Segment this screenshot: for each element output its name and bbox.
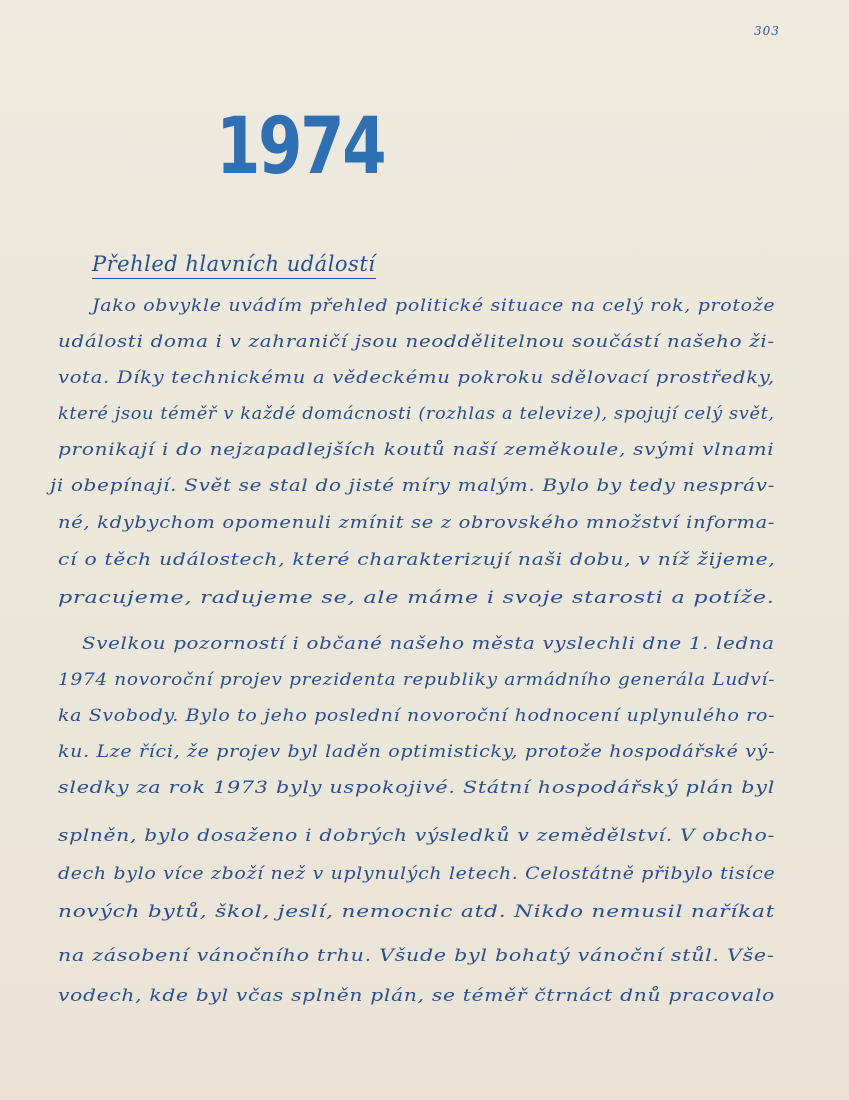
section-title: Přehled hlavních událostí <box>92 253 376 279</box>
text-line: vota. Díky technickému a vědeckému pokro… <box>58 370 775 387</box>
text-line: události doma i v zahraničí jsou neodděl… <box>58 334 775 351</box>
text-line: Jako obvykle uvádím přehled politické si… <box>92 298 775 315</box>
text-line: sledky za rok 1973 byly uspokojivé. Stát… <box>58 780 775 797</box>
text-line: které jsou téměř v každé domácnosti (roz… <box>58 406 775 423</box>
text-line: cí o těch událostech, které charakterizu… <box>58 552 775 569</box>
text-line: ku. Lze říci, že projev byl laděn optimi… <box>58 744 775 761</box>
text-line: nových bytů, škol, jeslí, nemocnic atd. … <box>58 904 775 921</box>
year-heading: 1974 <box>216 108 384 186</box>
text-line: pronikají i do nejzapadlejších koutů naš… <box>58 442 774 459</box>
text-line: Svelkou pozorností i občané našeho města… <box>82 636 775 653</box>
text-line: splněn, bylo dosaženo i dobrých výsledků… <box>58 828 775 845</box>
text-line: né, kdybychom opomenuli zmínit se z obro… <box>58 515 775 532</box>
page-number: 303 <box>754 24 780 38</box>
text-line: ji obepínají. Svět se stal do jisté míry… <box>50 478 775 495</box>
text-line: na zásobení vánočního trhu. Všude byl bo… <box>58 948 775 965</box>
text-line: vodech, kde byl včas splněn plán, se tém… <box>58 988 775 1005</box>
text-line: dech bylo více zboží než v uplynulých le… <box>58 866 775 883</box>
chronicle-page: 303 1974 Přehled hlavních událostí Jako … <box>0 0 849 1100</box>
text-line: ka Svobody. Bylo to jeho poslední novoro… <box>58 708 775 725</box>
text-line: pracujeme, radujeme se, ale máme i svoje… <box>58 590 775 607</box>
text-line: 1974 novoroční projev prezidenta republi… <box>58 672 775 689</box>
